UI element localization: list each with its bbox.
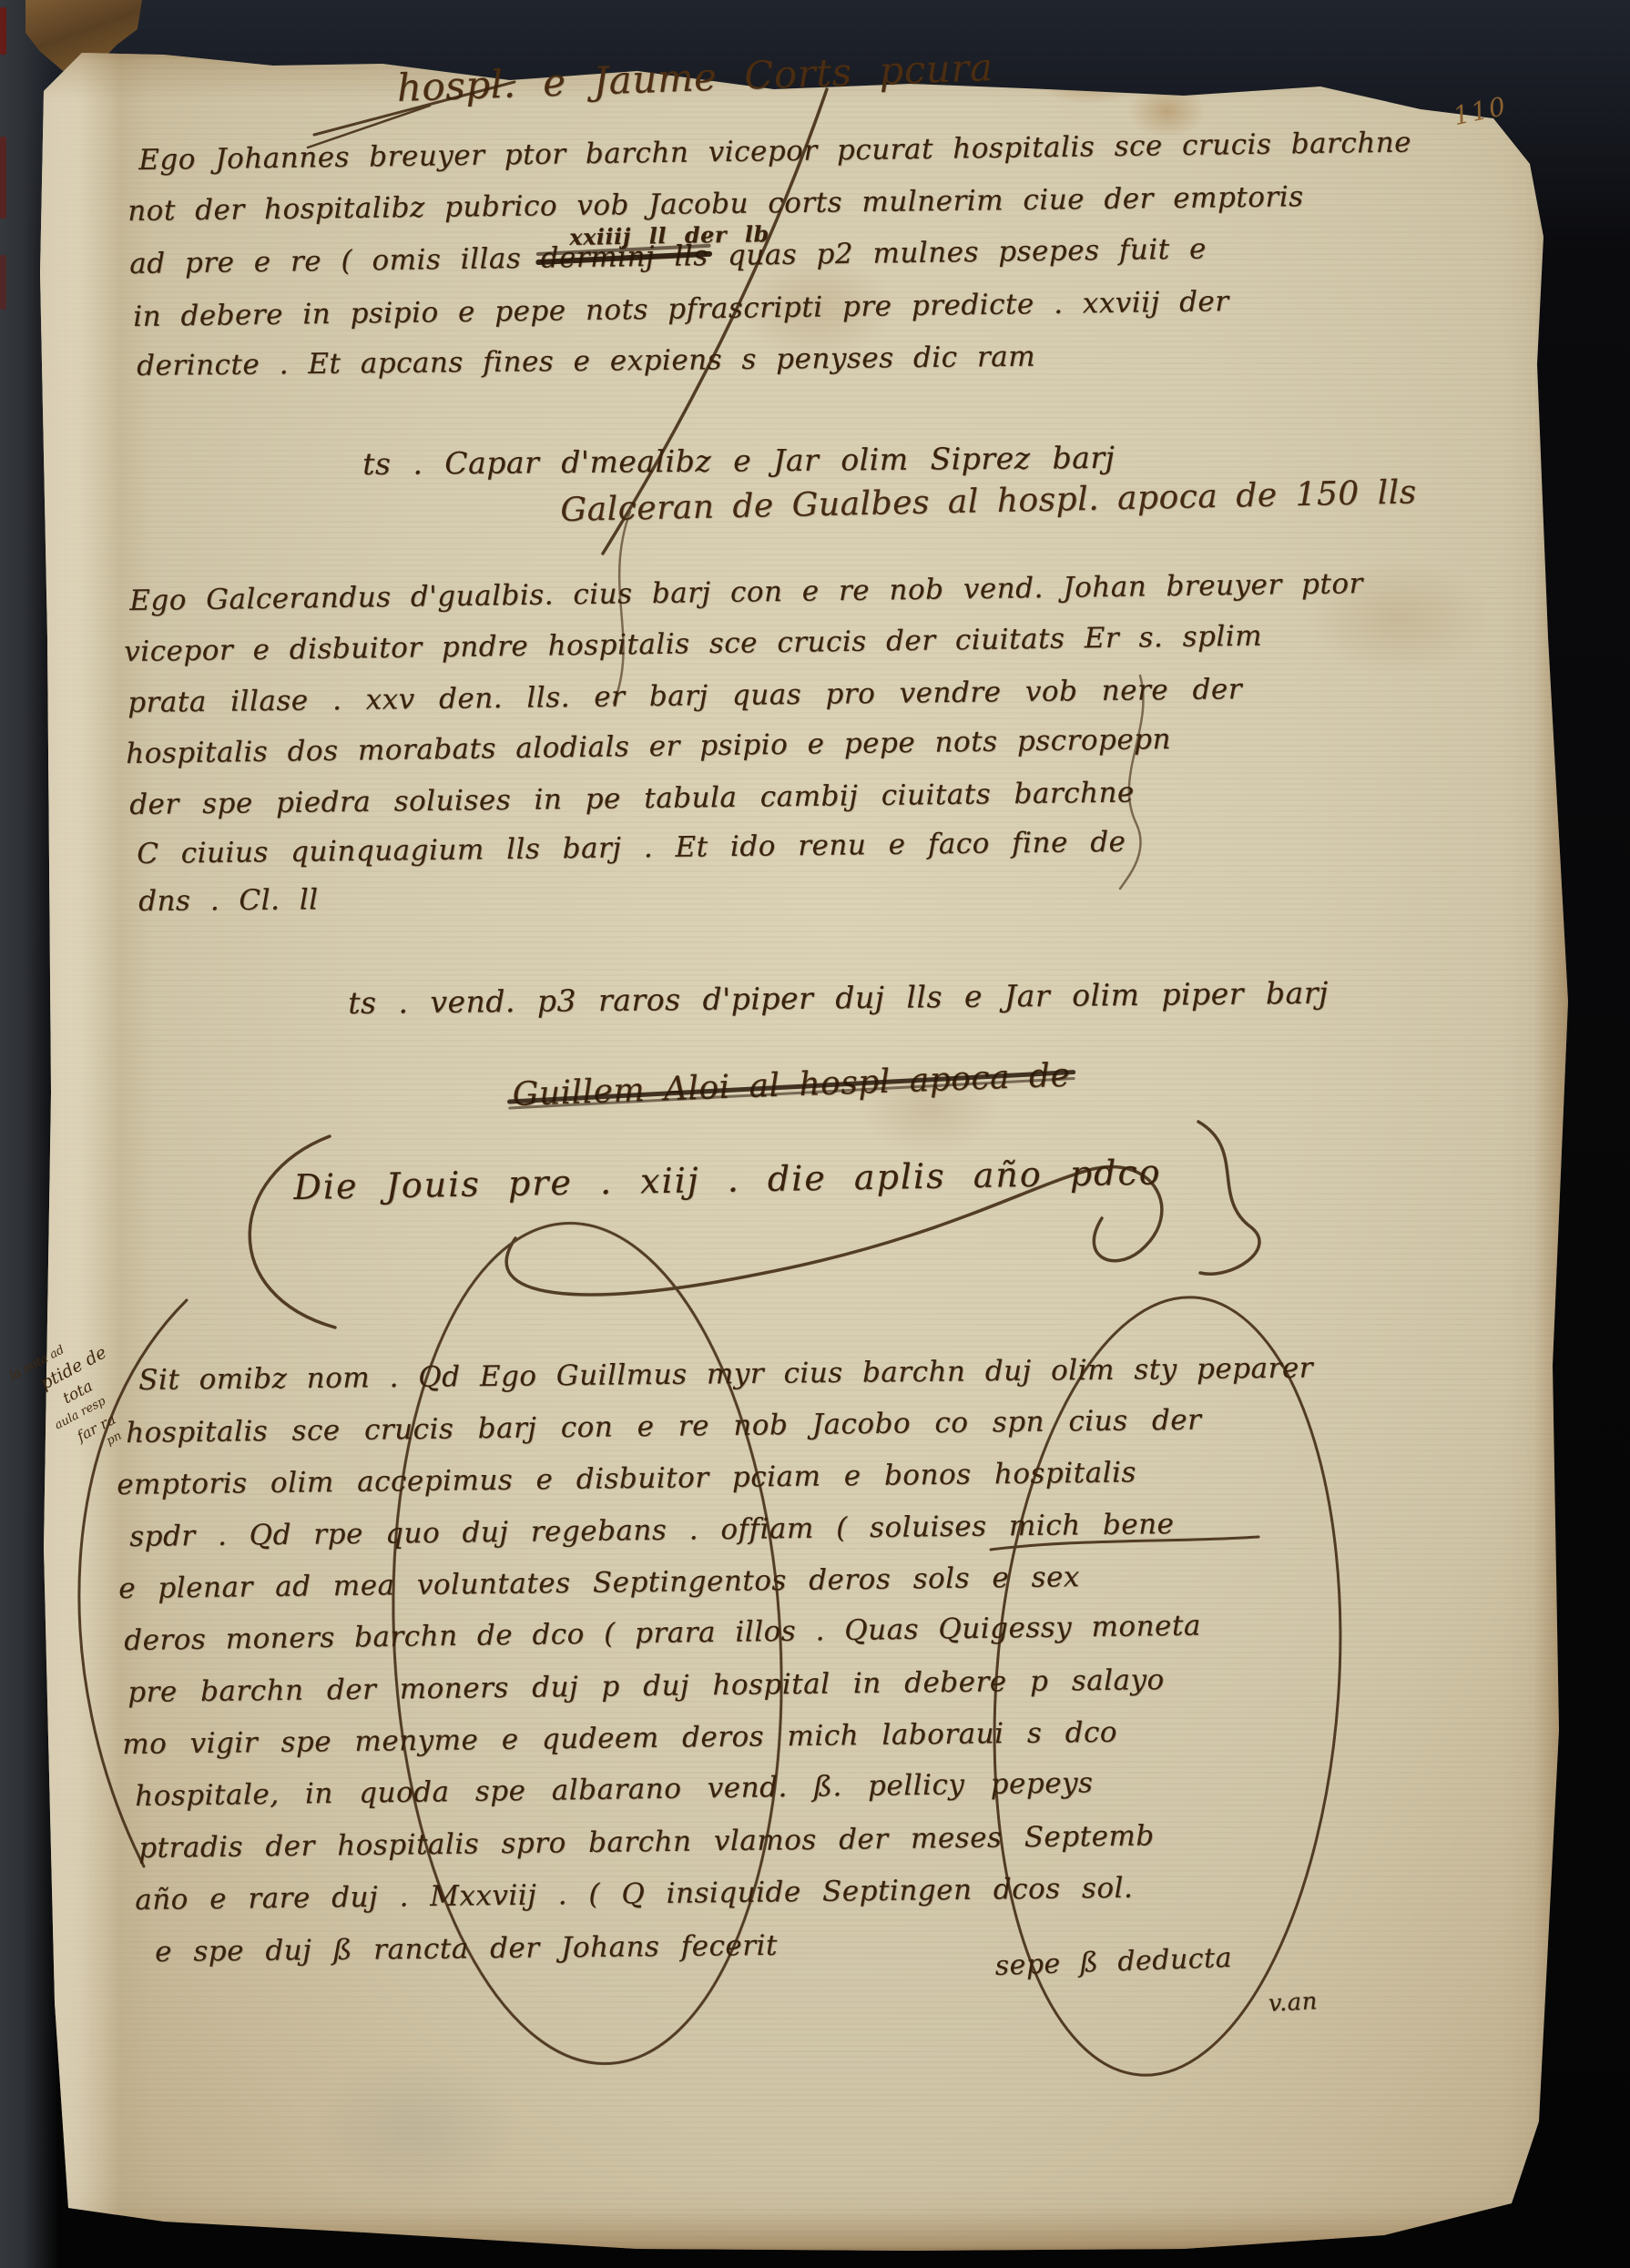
- manuscript-scan: 110 hospl. e Jaume Corts pcura Ego Johan…: [0, 0, 1630, 2268]
- entry1-line: in debere in psipio e pepe nots pfrascri…: [133, 285, 1229, 333]
- entry3-line: emptoris olim accepimus e disbuitor pcia…: [117, 1456, 1136, 1501]
- entry3-line: deros moners barchn de dco ( prara illos…: [124, 1609, 1201, 1657]
- entry2-line: dns . Cl. ll: [138, 883, 319, 918]
- heading-vend: ts . vend. p3 raros d'piper duj lls e Ja…: [348, 975, 1329, 1021]
- struck-heading: Guillem Aloi al hospl apoca de: [512, 1057, 1071, 1114]
- entry3-line: ptradis der hospitalis spro barchn vlamo…: [138, 1819, 1155, 1865]
- entry2-line: der spe piedra soluises in pe tabula cam…: [129, 777, 1135, 821]
- entry3-line: spdr . Qd rpe quo duj regebans . offiam …: [129, 1508, 1175, 1553]
- entry2-line: Ego Galcerandus d'gualbis. cius barj con…: [129, 567, 1363, 617]
- entry3-line: e plenar ad mea voluntates Septingentos …: [118, 1561, 1080, 1605]
- handwritten-text-layer: 110 hospl. e Jaume Corts pcura Ego Johan…: [0, 0, 1630, 2268]
- date-line: Die Jouis pre . xiij . die aplis año pdc…: [293, 1152, 1162, 1207]
- entry1-line3-post: quas p2 mulnes psepes fuit e: [708, 232, 1207, 272]
- entry3-line: hospitalis sce crucis barj con e re nob …: [126, 1404, 1202, 1449]
- entry3-line: pre barchn der moners duj p duj hospital…: [127, 1663, 1165, 1709]
- heading-apoca-annotation: Galceran de Gualbes al hospl. apoca de 1…: [560, 473, 1417, 529]
- entry3-corner-note: v.an: [1268, 1988, 1319, 2018]
- heading-apoca: ts . Capar d'mealibz e Jar olim Siprez b…: [362, 440, 1115, 482]
- entry2-line: hospitalis dos morabats alodials er psip…: [126, 723, 1171, 770]
- entry1-line: Ego Johannes breuyer ptor barchn vicepor…: [138, 126, 1411, 177]
- entry3-line: año e rare duj . Mxxviij . ( Q insiquide…: [135, 1872, 1133, 1917]
- entry1-line: derincte . Et apcans fines e expiens s p…: [137, 341, 1035, 382]
- entry1-struck-words: derminj lls: [540, 239, 708, 275]
- entry3-trailing: sepe ß deducta: [994, 1942, 1233, 1982]
- struck-heading-text: Guillem Aloi al hospl apoca de: [512, 1057, 1071, 1114]
- entry3-line: Sit omibz nom . Qd Ego Guillmus myr cius…: [138, 1351, 1313, 1397]
- entry2-line: C ciuius quinquagium lls barj . Et ido r…: [137, 826, 1126, 870]
- marginal-note: la nota ad ptide de tota aula resp far r…: [7, 1326, 148, 1477]
- entry1-line3-pre: ad pre e re ( omis illas: [129, 242, 541, 280]
- entry2-line: vicepor e disbuitor pndre hospitalis sce…: [124, 620, 1262, 668]
- entry3-line: e spe duj ß rancta der Johans fecerit: [155, 1929, 778, 1968]
- entry3-line: mo vigir spe menyme e qudeem deros mich …: [122, 1716, 1117, 1761]
- entry3-line: hospitale, in quoda spe albarano vend. ß…: [135, 1766, 1094, 1813]
- page-title: hospl. e Jaume Corts pcura: [396, 45, 993, 110]
- folio-number: 110: [1451, 91, 1510, 132]
- entry2-line: prata illase . xxv den. lls. er barj qua…: [127, 673, 1242, 719]
- entry1-line-with-strike: ad pre e re ( omis illas derminj lls qua…: [129, 232, 1207, 280]
